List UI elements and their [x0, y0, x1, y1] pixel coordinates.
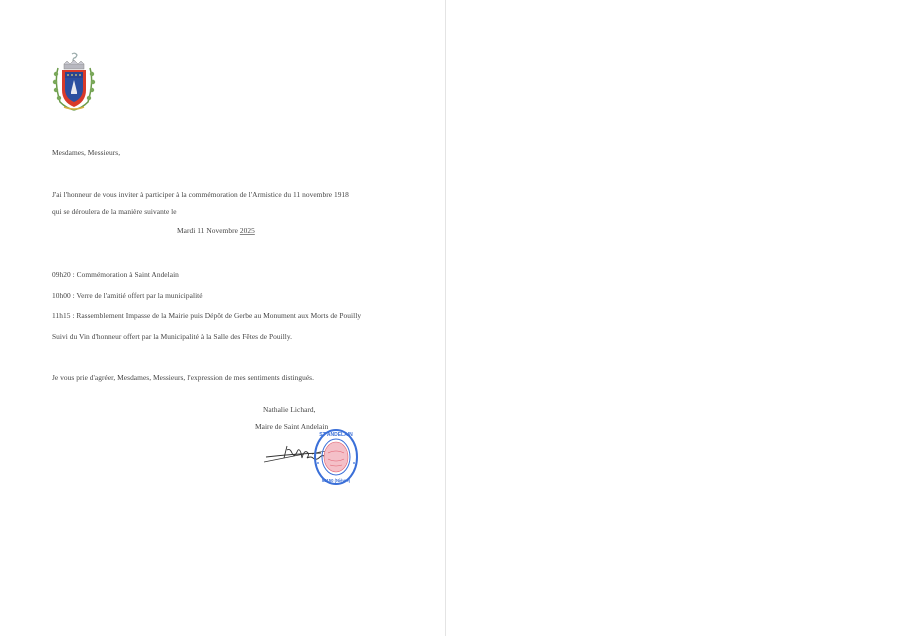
svg-text:ST ANDELAIN: ST ANDELAIN	[319, 432, 353, 438]
salutation: Mesdames, Messieurs,	[52, 148, 120, 157]
intro-line-1: J'ai l'honneur de vous inviter à partici…	[52, 190, 349, 199]
signatory-name: Nathalie Lichard,	[263, 405, 316, 414]
schedule-item: 10h00 : Verre de l'amitié offert par la …	[52, 291, 203, 300]
svg-text:58150 (Nièvre): 58150 (Nièvre)	[322, 478, 351, 483]
document-page-left: Mesdames, Messieurs, J'ai l'honneur de v…	[0, 0, 445, 636]
event-date-year: 2025	[240, 226, 255, 235]
event-date: Mardi 11 Novembre 2025	[177, 226, 255, 235]
schedule-description: Rassemblement Impasse de la Mairie puis …	[76, 311, 361, 320]
document-page-right-blank	[446, 0, 900, 636]
closing-formula: Je vous prie d'agréer, Mesdames, Messieu…	[52, 373, 314, 382]
intro-line-2: qui se déroulera de la manière suivante …	[52, 207, 177, 216]
event-date-text: Mardi 11 Novembre	[177, 226, 238, 235]
schedule-description: Commémoration à Saint Andelain	[77, 270, 179, 279]
schedule-item: 11h15 : Rassemblement Impasse de la Mair…	[52, 311, 361, 320]
schedule-time: 10h00	[52, 291, 71, 300]
coat-of-arms-icon	[50, 52, 98, 114]
schedule-item: Suivi du Vin d'honneur offert par la Mun…	[52, 332, 292, 341]
schedule-item: 09h20 : Commémoration à Saint Andelain	[52, 270, 179, 279]
schedule-description: Verre de l'amitié offert par la municipa…	[77, 291, 203, 300]
schedule-time: 09h20	[52, 270, 71, 279]
schedule-time: 11h15	[52, 311, 70, 320]
official-stamp-icon: ST ANDELAIN 58150 (Nièvre)	[313, 427, 359, 487]
schedule-description: Suivi du Vin d'honneur offert par la Mun…	[52, 332, 292, 341]
